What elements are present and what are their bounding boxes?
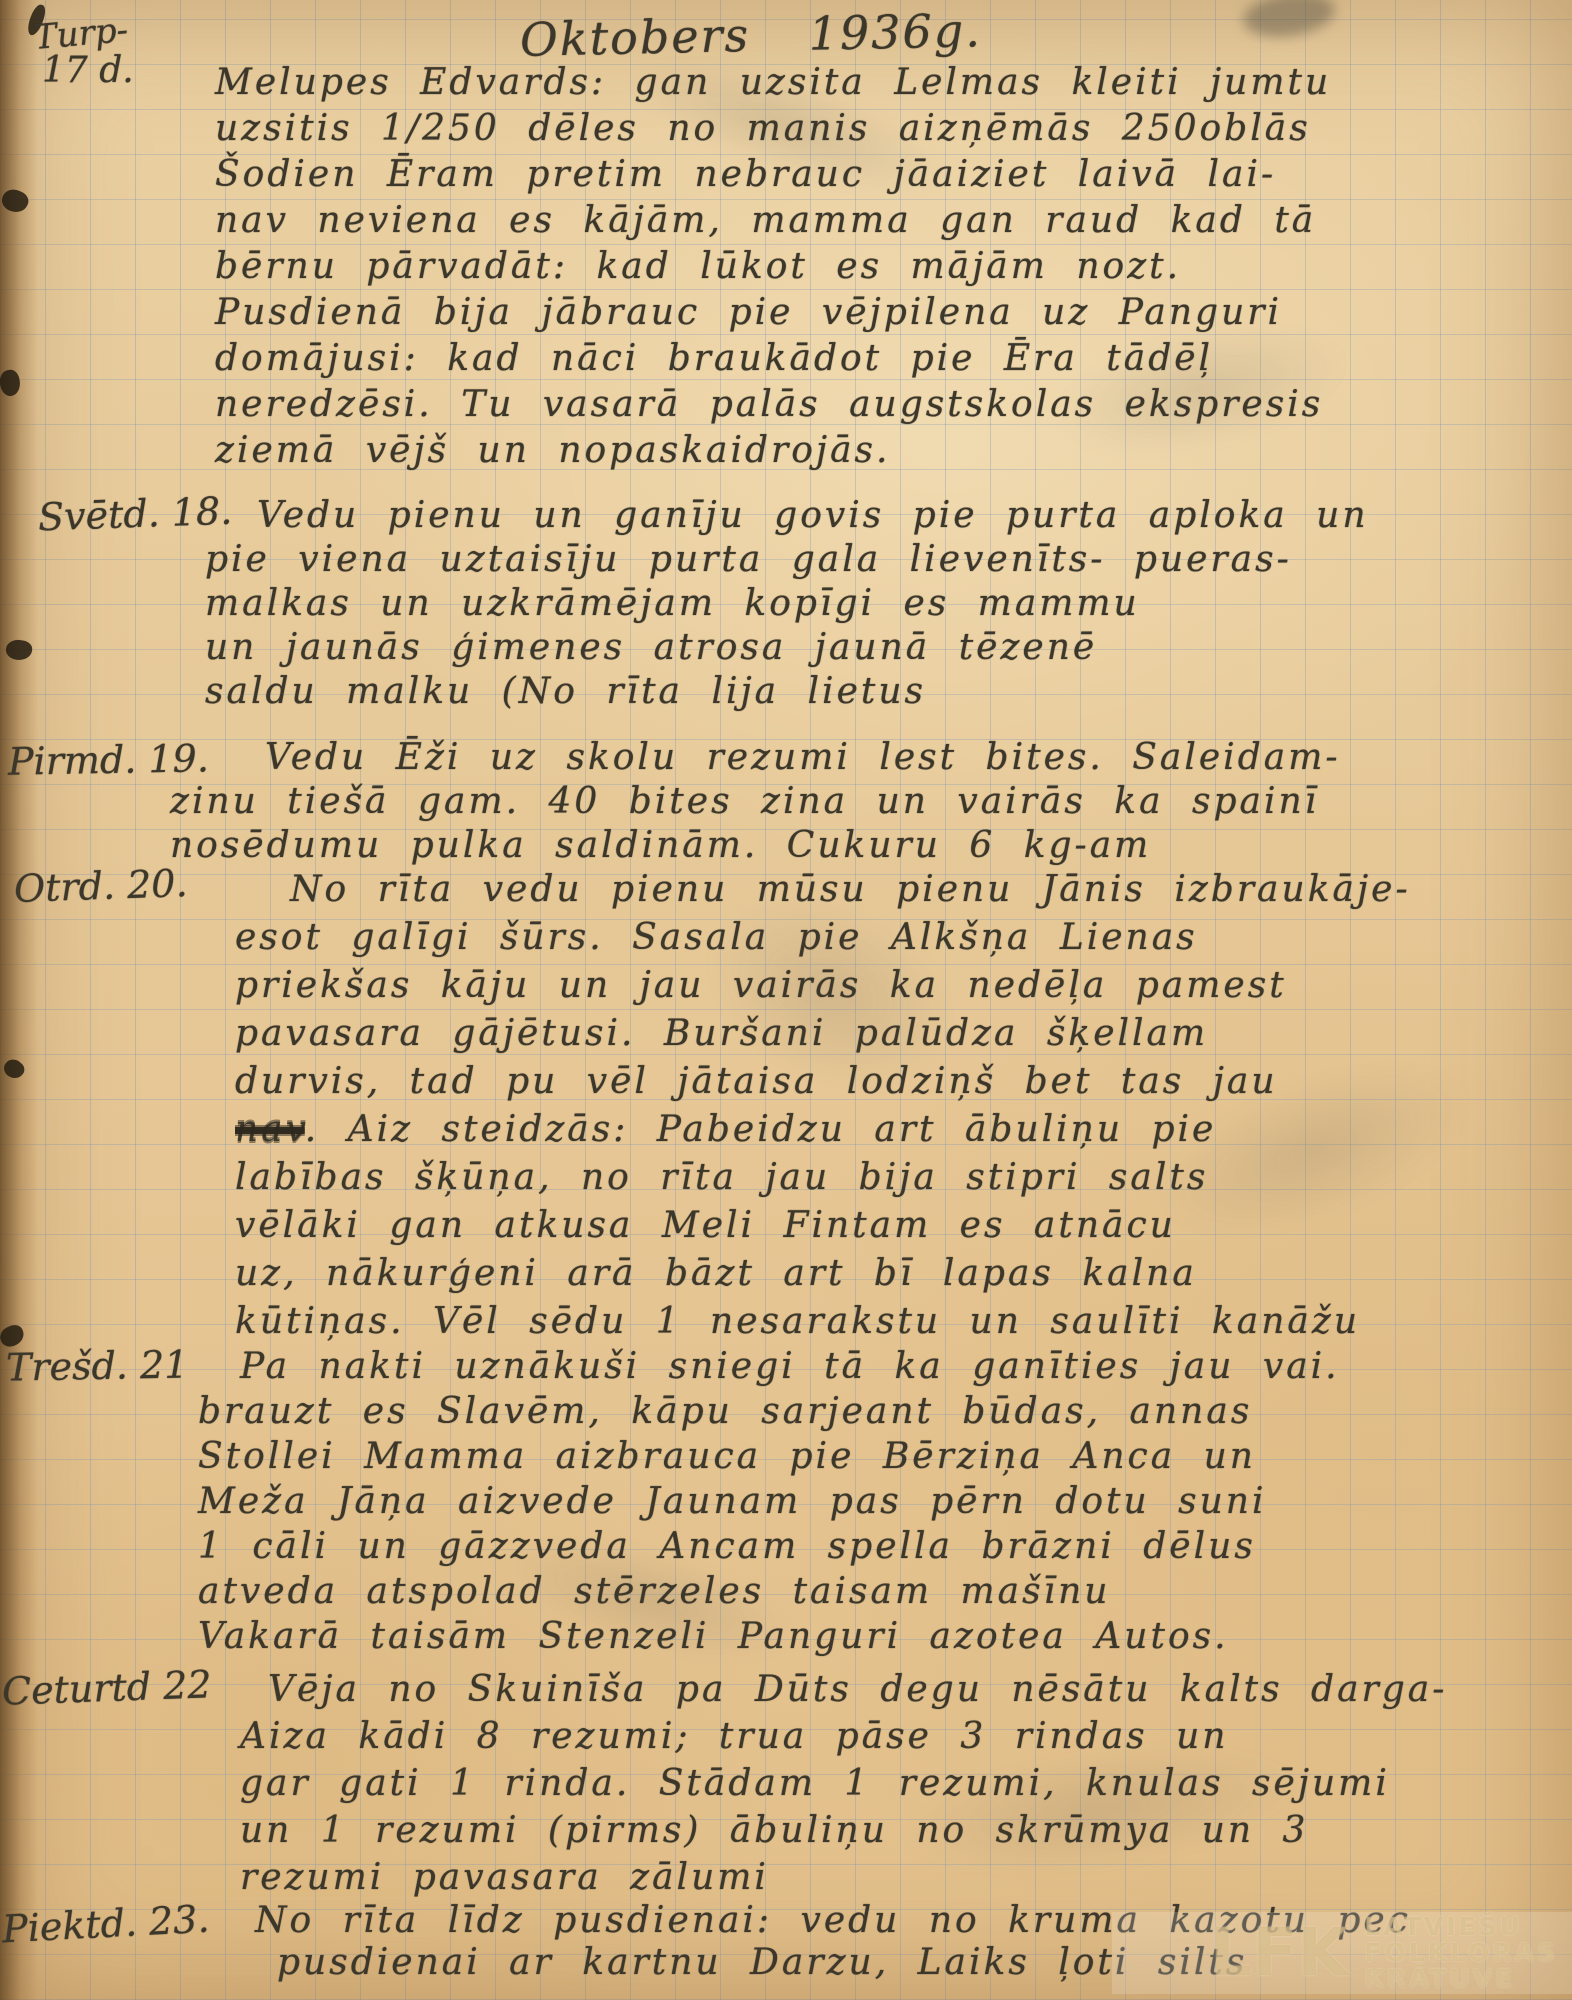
diary-line: bērnu pārvadāt: kad lūkot es mājām nozt. (215, 244, 1331, 290)
diary-line: Pusdienā bija jābrauc pie vējpilena uz P… (215, 290, 1331, 336)
diary-line: kūtiņas. Vēl sēdu 1 nesarakstu un saulīt… (235, 1298, 1411, 1346)
diary-line: nosēdumu pulka saldinām. Cukuru 6 kg-am (170, 824, 1341, 868)
entry-date-label-23: Piektd. 23. (1, 1897, 210, 1952)
diary-line: Pa nakti uznākuši sniegi tā ka ganīties … (198, 1344, 1340, 1389)
watermark-text-line: KRĀTUVE (1364, 1966, 1515, 1992)
page-title: Oktobers 1936g. (519, 3, 982, 67)
diary-line: Melupes Edvards: gan uzsita Lelmas kleit… (215, 60, 1331, 106)
diary-line: ziemā vējš un nopaskaidrojās. (215, 428, 1331, 474)
watermark-text-line: FOLKLORAS (1364, 1940, 1558, 1966)
watermark-text: LATVIEŠU FOLKLORAS KRĀTUVE (1364, 1914, 1558, 1992)
diary-line: No rīta vedu pienu mūsu pienu Jānis izbr… (235, 866, 1411, 914)
diary-line: nav neviena es kājām, mamma gan raud kad… (215, 198, 1331, 244)
diary-line: 1 cāli un gāzzveda Ancam spella brāzni d… (198, 1524, 1340, 1569)
diary-line: vēlāki gan atkusa Meli Fintam es atnācu (235, 1202, 1411, 1250)
entry-date-label-20: Otrd. 20. (13, 861, 188, 911)
diary-line: rezumi pavasara zālumi (240, 1854, 1447, 1901)
lfk-logo: LFK (1210, 1920, 1348, 1986)
diary-line: brauzt es Slavēm, kāpu sarjeant būdas, a… (198, 1389, 1340, 1434)
diary-line: Vēja no Skuinīša pa Dūts degu nēsātu kal… (240, 1666, 1447, 1713)
diary-line: Vedu Ēži uz skolu rezumi lest bites. Sal… (170, 736, 1341, 780)
diary-page: Oktobers 1936g. Turp- 17 d. Melupes Edva… (0, 0, 1572, 2000)
diary-line: neredzēsi. Tu vasarā palās augstskolas e… (215, 382, 1331, 428)
diary-line: Stollei Mamma aizbrauca pie Bērziņa Anca… (198, 1434, 1340, 1479)
diary-line: uz, nākurģeni arā bāzt art bī lapas kaln… (235, 1250, 1411, 1298)
diary-line: pavasara gājētusi. Buršani palūdza šķell… (235, 1010, 1411, 1058)
entry-lines-18: Vedu pienu un ganīju govis pie purta apl… (205, 494, 1369, 714)
diary-line: gar gati 1 rinda. Stādam 1 rezumi, knula… (240, 1760, 1447, 1807)
entry-lines-22: Vēja no Skuinīša pa Dūts degu nēsātu kal… (240, 1666, 1447, 1901)
diary-line: malkas un uzkrāmējam kopīgi es mammu (205, 582, 1369, 626)
diary-line: domājusi: kad nāci braukādot pie Ēra tād… (215, 336, 1331, 382)
diary-line: un jaunās ģimenes atrosa jaunā tēzenē (205, 626, 1369, 670)
diary-line: atveda atspolad stērzeles taisam mašīnu (198, 1569, 1340, 1614)
entry-date-label-18: Svētd. 18. (37, 489, 233, 540)
diary-line: nav. Aiz steidzās: Pabeidzu art ābuliņu … (235, 1106, 1411, 1154)
watermark-text-line: LATVIEŠU (1364, 1914, 1522, 1940)
archive-watermark: LFK LATVIEŠU FOLKLORAS KRĀTUVE (1112, 1912, 1572, 1994)
entry-lines-20: No rīta vedu pienu mūsu pienu Jānis izbr… (235, 866, 1411, 1346)
ink-smudge (1241, 0, 1338, 42)
entry-lines-19: Vedu Ēži uz skolu rezumi lest bites. Sal… (170, 736, 1341, 868)
diary-line: priekšas kāju un jau vairās ka nedēļa pa… (235, 962, 1411, 1010)
diary-line: esot galīgi šūrs. Sasala pie Alkšņa Lien… (235, 914, 1411, 962)
diary-line: zinu tiešā gam. 40 bites zina un vairās … (170, 780, 1341, 824)
entry-lines-17: Melupes Edvards: gan uzsita Lelmas kleit… (215, 60, 1331, 474)
diary-line: uzsitis 1/250 dēles no manis aizņēmās 25… (215, 106, 1331, 152)
diary-line: labības šķūņa, no rīta jau bija stipri s… (235, 1154, 1411, 1202)
diary-line: pie viena uztaisīju purta gala lievenīts… (205, 538, 1369, 582)
struck-word: nav (235, 1109, 305, 1150)
entry-date-label-17: 17 d. (42, 50, 134, 91)
entry-lines-21: Pa nakti uznākuši sniegi tā ka ganīties … (198, 1344, 1340, 1659)
diary-line: Meža Jāņa aizvede Jaunam pas pērn dotu s… (198, 1479, 1340, 1524)
diary-line: Aiza kādi 8 rezumi; trua pāse 3 rindas u… (240, 1713, 1447, 1760)
entry-date-label-22: Ceturtd 22 (1, 1662, 212, 1713)
diary-line: Vedu pienu un ganīju govis pie purta apl… (205, 494, 1369, 538)
diary-line: durvis, tad pu vēl jātaisa lodziņš bet t… (235, 1058, 1411, 1106)
diary-line: Šodien Ēram pretim nebrauc jāaiziet laiv… (215, 152, 1331, 198)
diary-line: Vakarā taisām Stenzeli Panguri azotea Au… (198, 1614, 1340, 1659)
diary-line: saldu malku (No rīta lija lietus (205, 670, 1369, 714)
entry-date-label-21: Trešd. 21 (6, 1342, 189, 1389)
diary-line: un 1 rezumi (pirms) ābuliņu no skrūmya u… (240, 1807, 1447, 1854)
